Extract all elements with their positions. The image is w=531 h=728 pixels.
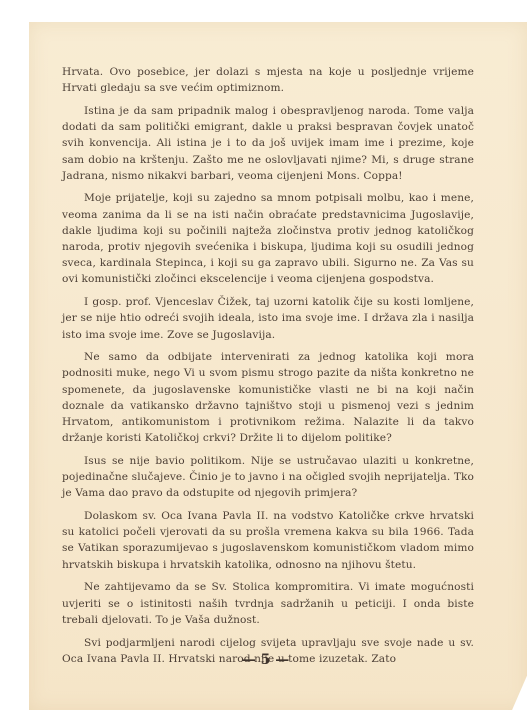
- paragraph: Istina je da sam pripadnik malog i obesp…: [62, 103, 474, 184]
- paragraph: Ne zahtijevamo da se Sv. Stolica komprom…: [62, 579, 474, 628]
- page-number: — 5 —: [0, 652, 531, 668]
- paragraph: Ne samo da odbijate intervenirati za jed…: [62, 349, 474, 446]
- paragraph: Isus se nije bavio politikom. Nije se us…: [62, 453, 474, 502]
- paragraph: I gosp. prof. Vjenceslav Čižek, taj uzor…: [62, 294, 474, 343]
- body-text: Hrvata. Ovo posebice, jer dolazi s mjest…: [62, 64, 474, 673]
- paragraph: Moje prijatelje, koji su zajedno sa mnom…: [62, 190, 474, 287]
- paragraph-continuation: Hrvata. Ovo posebice, jer dolazi s mjest…: [62, 64, 474, 96]
- paragraph: Dolaskom sv. Oca Ivana Pavla II. na vods…: [62, 508, 474, 573]
